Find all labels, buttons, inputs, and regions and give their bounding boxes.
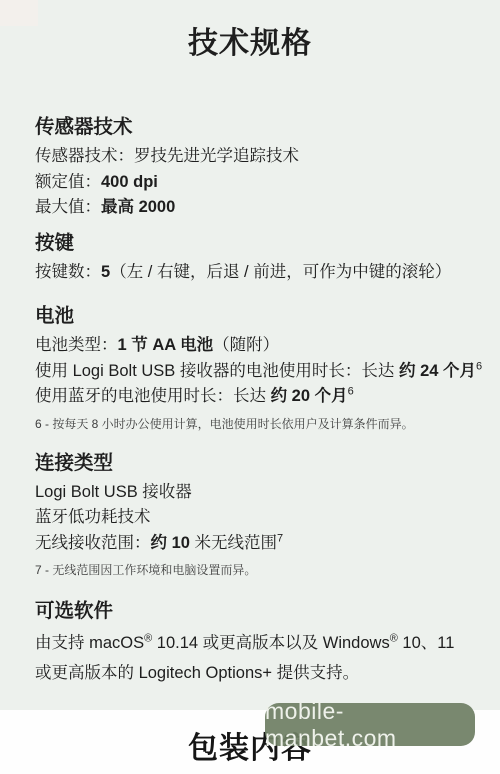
spec-label: 额定值：: [35, 173, 101, 191]
spec-text: 由支持 macOS: [35, 634, 144, 652]
corner-artifact: [0, 0, 38, 26]
spec-line-receiver: Logi Bolt USB 接收器: [35, 480, 488, 506]
footnote-connection: 7 - 无线范围因工作环境和电脑设置而异。: [35, 562, 488, 578]
spec-text: Logi Bolt USB 接收器: [35, 483, 192, 501]
spec-line-nominal-dpi: 额定值：400 dpi: [35, 170, 488, 196]
section-heading-buttons: 按键: [35, 230, 488, 256]
watermark-text: mobile-manbet.com: [265, 698, 475, 752]
footnote-ref-7: 7: [277, 532, 283, 544]
spec-line-wireless-range: 无线接收范围：约 10 米无线范围7: [35, 531, 488, 557]
spec-text: 传感器技术：罗技先进光学追踪技术: [35, 147, 299, 165]
registered-mark: ®: [144, 633, 152, 645]
spec-line-battery-life-receiver: 使用 Logi Bolt USB 接收器的电池使用时长：长达 约 24 个月6: [35, 359, 488, 385]
footnote-ref-6: 6: [476, 360, 482, 372]
spec-label: 最大值：: [35, 198, 101, 216]
spec-line-sensor-tech: 传感器技术：罗技先进光学追踪技术: [35, 144, 488, 170]
spec-text: 蓝牙低功耗技术: [35, 508, 151, 526]
spec-suffix: （随附）: [213, 336, 279, 354]
spec-value: 约 10: [151, 534, 190, 552]
spec-text: 10、11: [398, 634, 455, 652]
spec-label: 使用蓝牙的电池使用时长：长达: [35, 387, 271, 405]
section-heading-battery: 电池: [35, 303, 488, 329]
section-heading-sensor: 传感器技术: [35, 114, 488, 140]
spec-label: 使用 Logi Bolt USB 接收器的电池使用时长：长达: [35, 362, 399, 380]
spec-value: 1 节 AA 电池: [118, 336, 214, 354]
spec-text: 或更高版本的 Logitech Options+ 提供支持。: [35, 664, 359, 682]
spec-value: 最高 2000: [101, 198, 175, 216]
spec-text: 10.14 或更高版本以及 Windows: [152, 634, 389, 652]
footnote-ref-6: 6: [348, 386, 354, 398]
spec-line-max-dpi: 最大值：最高 2000: [35, 195, 488, 221]
section-sensor: 传感器技术 传感器技术：罗技先进光学追踪技术 额定值：400 dpi 最大值：最…: [35, 114, 488, 221]
spec-label: 电池类型：: [35, 336, 118, 354]
section-connection: 连接类型 Logi Bolt USB 接收器 蓝牙低功耗技术 无线接收范围：约 …: [35, 450, 488, 579]
registered-mark: ®: [390, 633, 398, 645]
section-heading-connection: 连接类型: [35, 450, 488, 476]
spec-value: 约 20 个月: [271, 387, 348, 405]
spec-value: 约 24 个月: [399, 362, 476, 380]
spec-line-os-support: 由支持 macOS® 10.14 或更高版本以及 Windows® 10、11: [35, 628, 488, 658]
watermark-badge: mobile-manbet.com: [265, 703, 475, 746]
spec-value: 5: [101, 263, 110, 281]
spec-value: 400 dpi: [101, 173, 158, 191]
spec-line-options-plus: 或更高版本的 Logitech Options+ 提供支持。: [35, 658, 488, 688]
spec-suffix: 米无线范围: [190, 534, 277, 552]
spec-line-battery-type: 电池类型：1 节 AA 电池（随附）: [35, 333, 488, 359]
section-buttons: 按键 按键数：5（左 / 右键，后退 / 前进，可作为中键的滚轮）: [35, 230, 488, 286]
section-heading-software: 可选软件: [35, 598, 488, 624]
spec-suffix: （左 / 右键，后退 / 前进，可作为中键的滚轮）: [110, 263, 451, 281]
spec-line-button-count: 按键数：5（左 / 右键，后退 / 前进，可作为中键的滚轮）: [35, 260, 488, 286]
page-title: 技术规格: [0, 24, 500, 64]
footnote-battery: 6 - 按每天 8 小时办公使用计算，电池使用时长依用户及计算条件而异。: [35, 416, 488, 432]
spec-label: 按键数：: [35, 263, 101, 281]
spec-label: 无线接收范围：: [35, 534, 151, 552]
section-software: 可选软件 由支持 macOS® 10.14 或更高版本以及 Windows® 1…: [35, 598, 488, 688]
spec-line-battery-life-bluetooth: 使用蓝牙的电池使用时长：长达 约 20 个月6: [35, 384, 488, 410]
section-battery: 电池 电池类型：1 节 AA 电池（随附） 使用 Logi Bolt USB 接…: [35, 303, 488, 432]
spec-content: 传感器技术 传感器技术：罗技先进光学追踪技术 额定值：400 dpi 最大值：最…: [0, 114, 500, 688]
spec-line-bluetooth: 蓝牙低功耗技术: [35, 505, 488, 531]
